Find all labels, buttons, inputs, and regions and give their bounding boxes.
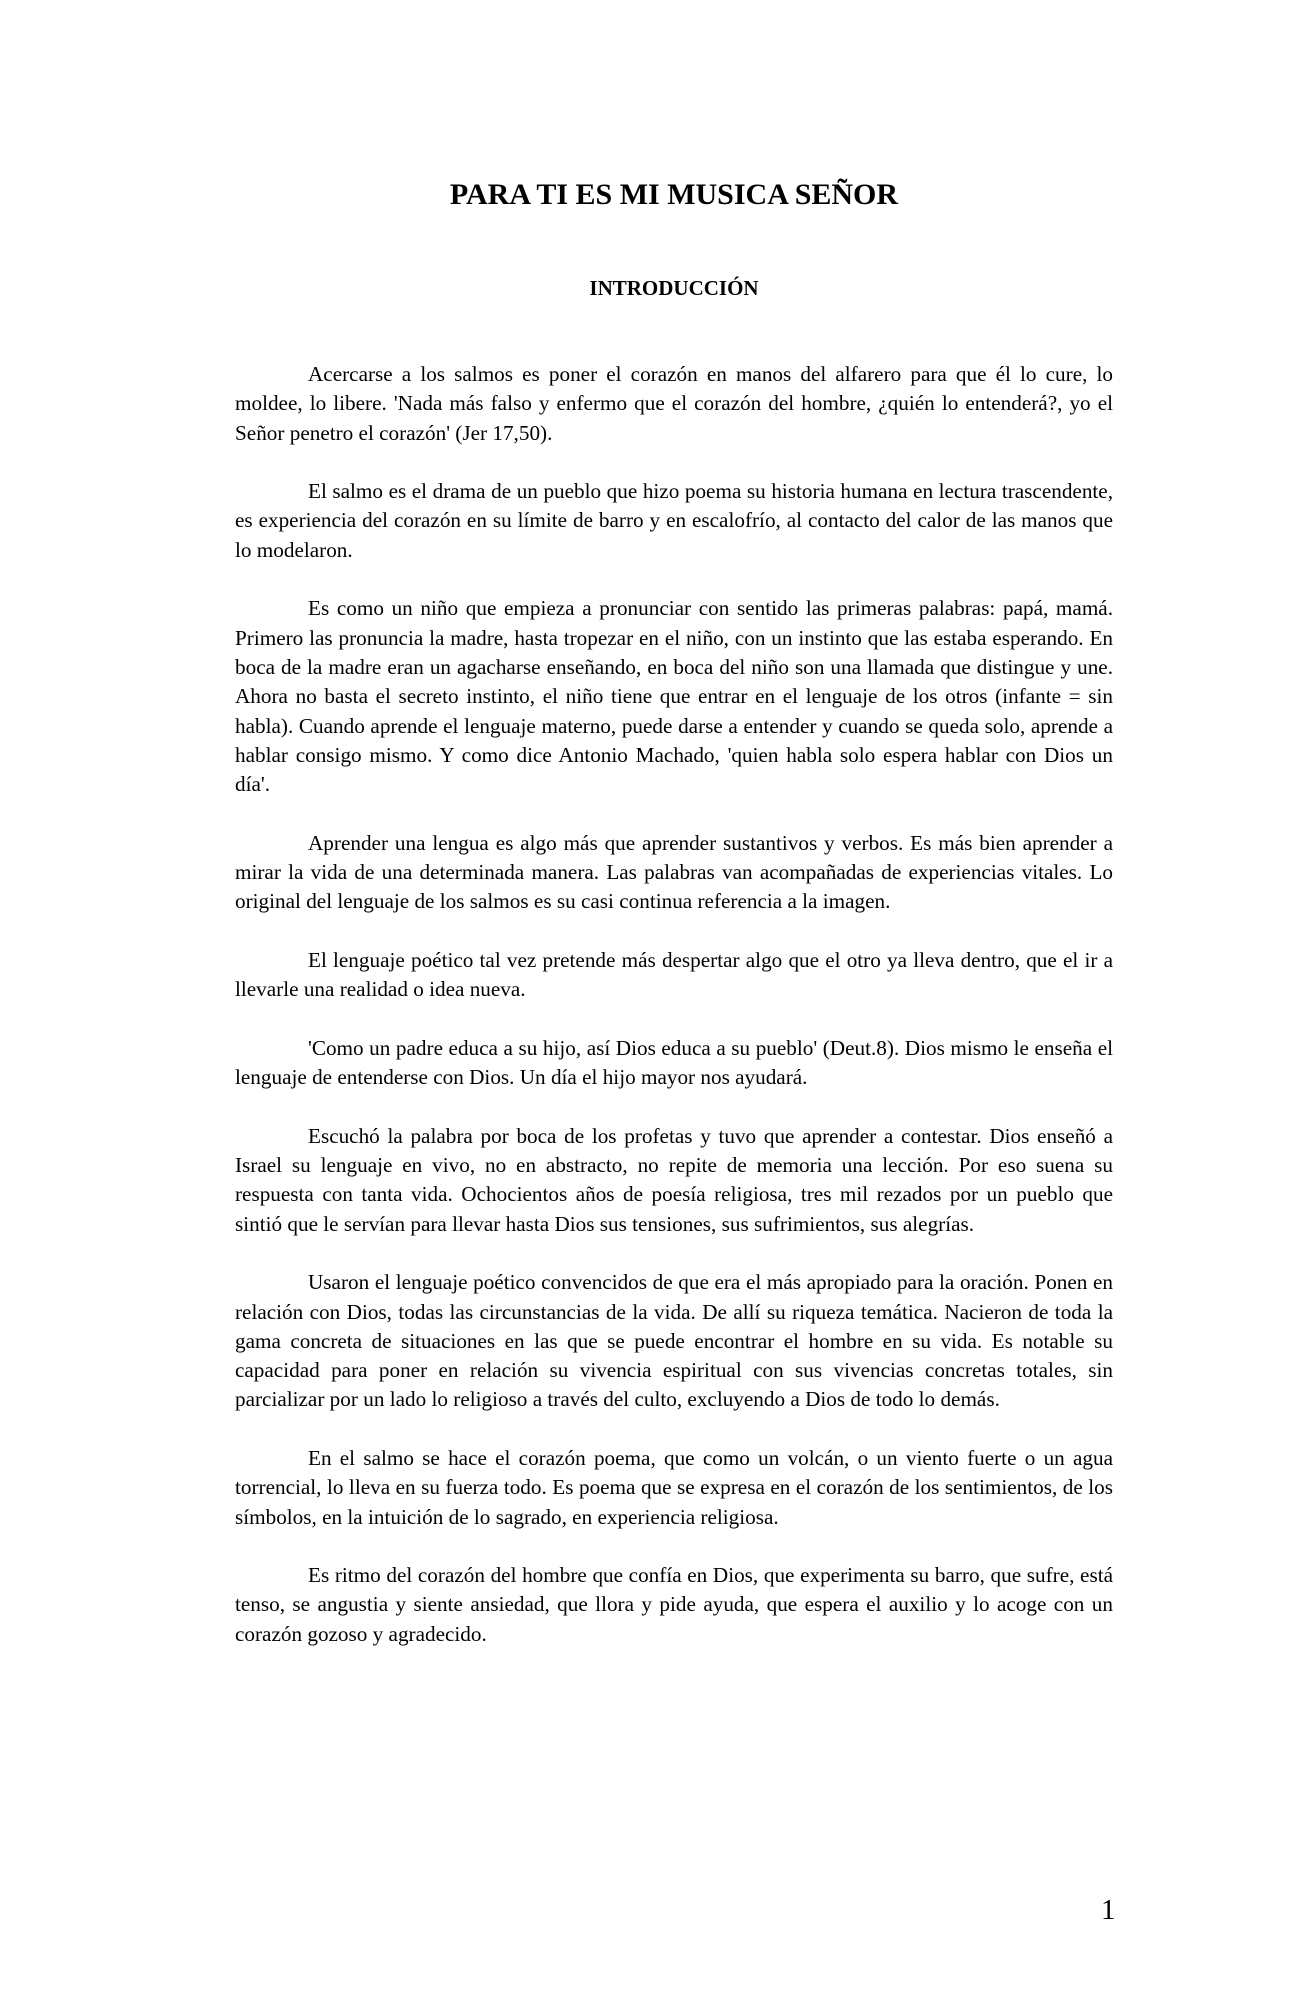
document-title: PARA TI ES MI MUSICA SEÑOR xyxy=(0,178,1300,212)
paragraph: Es como un niño que empieza a pronunciar… xyxy=(235,594,1113,799)
paragraph: Aprender una lengua es algo más que apre… xyxy=(235,829,1113,917)
paragraph: Acercarse a los salmos es poner el coraz… xyxy=(235,360,1113,448)
paragraph: El salmo es el drama de un pueblo que hi… xyxy=(235,477,1113,565)
document-body: Acercarse a los salmos es poner el coraz… xyxy=(235,360,1113,1678)
paragraph: Usaron el lenguaje poético convencidos d… xyxy=(235,1268,1113,1414)
paragraph: En el salmo se hace el corazón poema, qu… xyxy=(235,1444,1113,1532)
paragraph: 'Como un padre educa a su hijo, así Dios… xyxy=(235,1034,1113,1093)
section-heading: INTRODUCCIÓN xyxy=(0,276,1300,301)
page-number: 1 xyxy=(1101,1894,1116,1927)
paragraph: Escuchó la palabra por boca de los profe… xyxy=(235,1122,1113,1239)
paragraph: Es ritmo del corazón del hombre que conf… xyxy=(235,1561,1113,1649)
paragraph: El lenguaje poético tal vez pretende más… xyxy=(235,946,1113,1005)
